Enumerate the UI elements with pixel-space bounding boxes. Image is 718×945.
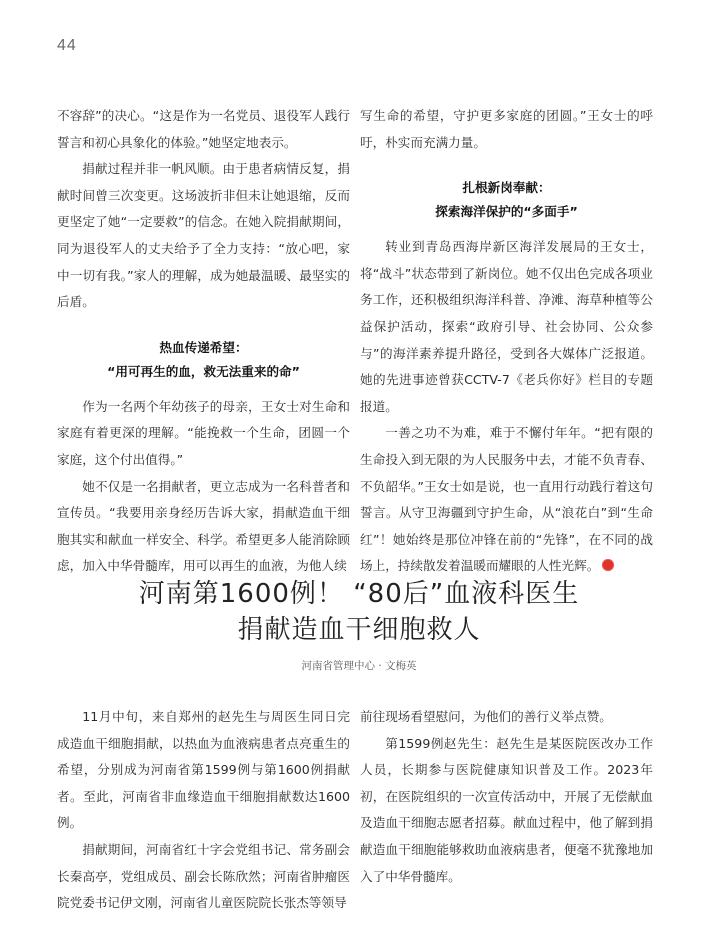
body-paragraph: 一善之功不为难，难于不懈付年年。“把有限的生命投入到无限的为人民服务中去，才能不… [360, 420, 653, 580]
body-paragraph: 写生命的希望，守护更多家庭的团圆。”王女士的呼吁，朴实而充满力量。 [360, 103, 653, 156]
body-paragraph: 她不仅是一名捐献者，更立志成为一名科普者和宣传员。“我要用亲身经历告诉大家，捐献… [57, 474, 350, 580]
section-subheading: “用可再生的血，救无法重来的命” [57, 360, 350, 384]
body-paragraph: 捐献期间，河南省红十字会党组书记、常务副会长秦高亭，党组成员、副会长陈欣然；河南… [57, 837, 350, 917]
previous-article-left-column: 不容辞”的决心。“这是作为一名党员、退役军人践行誓言和初心具象化的体验。”她坚定… [57, 103, 350, 580]
article-title-line-2: 捐献造血干细胞救人 [0, 612, 718, 648]
section-subheading: 扎根新岗奉献： [360, 176, 653, 200]
section-subheading: 热血传递希望： [57, 336, 350, 360]
article-title: 河南第1600例！ “80后”血液科医生 捐献造血干细胞救人 [0, 576, 718, 648]
paragraph-text: 一善之功不为难，难于不懈付年年。“把有限的生命投入到无限的为人民服务中去，才能不… [360, 425, 653, 573]
previous-article-right-column: 写生命的希望，守护更多家庭的团圆。”王女士的呼吁，朴实而充满力量。 扎根新岗奉献… [360, 103, 653, 580]
body-paragraph: 第1599例赵先生：赵先生是某医院医改办工作人员，长期参与医院健康知识普及工作。… [360, 731, 653, 891]
body-paragraph: 不容辞”的决心。“这是作为一名党员、退役军人践行誓言和初心具象化的体验。”她坚定… [57, 103, 350, 156]
body-paragraph: 作为一名两个年幼孩子的母亲，王女士对生命和家庭有着更深的理解。“能挽救一个生命，… [57, 394, 350, 474]
article-right-column: 前往现场看望慰问，为他们的善行义举点赞。 第1599例赵先生：赵先生是某医院医改… [360, 704, 653, 890]
red-flower-end-mark-icon [602, 559, 614, 571]
article-title-line-1: 河南第1600例！ “80后”血液科医生 [0, 576, 718, 612]
body-paragraph: 捐献过程并非一帆风顺。由于患者病情反复，捐献时间曾三次变更。这场波折非但未让她退… [57, 156, 350, 316]
section-subheading: 探索海洋保护的“多面手” [360, 200, 653, 224]
body-paragraph: 11月中旬，来自郑州的赵先生与周医生同日完成造血干细胞捐献，以热血为血液病患者点… [57, 704, 350, 837]
body-paragraph: 前往现场看望慰问，为他们的善行义举点赞。 [360, 704, 653, 731]
page-number: 44 [57, 37, 77, 55]
body-paragraph: 转业到青岛西海岸新区海洋发展局的王女士，将“战斗”状态带到了新岗位。她不仅出色完… [360, 234, 653, 420]
article-left-column: 11月中旬，来自郑州的赵先生与周医生同日完成造血干细胞捐献，以热血为血液病患者点… [57, 704, 350, 917]
article-byline: 河南省管理中心 · 文梅英 [0, 658, 718, 673]
